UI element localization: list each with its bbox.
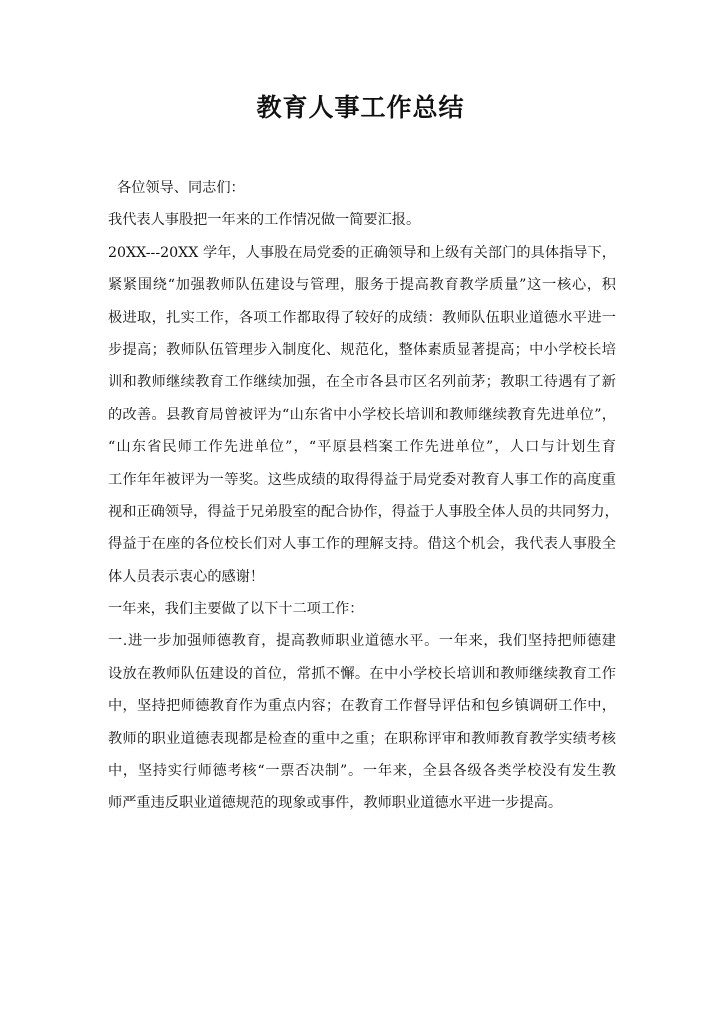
paragraph-line: 体人员表示衷心的感谢！ (108, 561, 616, 593)
document-page: 教育人事工作总结 各位领导、同志们： 我代表人事股把一年来的工作情况做一简要汇报… (0, 0, 721, 1020)
paragraph-line: 得益于在座的各位校长们对人事工作的理解支持。借这个机会，我代表人事股全 (108, 528, 616, 560)
salutation-line: 各位领导、同志们： (108, 172, 616, 204)
paragraph-line: 20XX---20XX 学年，人事股在局党委的正确领导和上级有关部门的具体指导下… (108, 237, 616, 269)
document-title: 教育人事工作总结 (0, 88, 721, 124)
section-one-line: 一.进一步加强师德教育，提高教师职业道德水平。一年来，我们坚持把师德建 (108, 625, 616, 657)
section-one-line: 设放在教师队伍建设的首位，常抓不懈。在中小学校长培训和教师继续教育工作 (108, 658, 616, 690)
paragraph-line: 步提高；教师队伍管理步入制度化、规范化，整体素质显著提高；中小学校长培 (108, 334, 616, 366)
section-one-line: 中，坚持实行师德考核“一票否决制”。一年来，全县各级各类学校没有发生教 (108, 755, 616, 787)
paragraph-line: 紧紧围绕“加强教师队伍建设与管理，服务于提高教育教学质量”这一核心，积 (108, 269, 616, 301)
paragraph-line: 训和教师继续教育工作继续加强，在全市各县市区名列前茅；教职工待遇有了新 (108, 366, 616, 398)
document-body: 各位领导、同志们： 我代表人事股把一年来的工作情况做一简要汇报。 20XX---… (108, 172, 616, 820)
section-intro-line: 一年来，我们主要做了以下十二项工作： (108, 593, 616, 625)
paragraph-line: 极进取，扎实工作，各项工作都取得了较好的成绩：教师队伍职业道德水平进一 (108, 302, 616, 334)
section-one-line: 师严重违反职业道德规范的现象或事件，教师职业道德水平进一步提高。 (108, 787, 616, 819)
section-one-line: 教师的职业道德表现都是检查的重中之重；在职称评审和教师教育教学实绩考核 (108, 723, 616, 755)
intro-line: 我代表人事股把一年来的工作情况做一简要汇报。 (108, 204, 616, 236)
paragraph-line: 的改善。县教育局曾被评为“山东省中小学校长培训和教师继续教育先进单位”， (108, 399, 616, 431)
paragraph-line: 视和正确领导，得益于兄弟股室的配合协作，得益于人事股全体人员的共同努力， (108, 496, 616, 528)
paragraph-line: 工作年年被评为一等奖。这些成绩的取得得益于局党委对教育人事工作的高度重 (108, 464, 616, 496)
section-one-line: 中，坚持把师德教育作为重点内容；在教育工作督导评估和包乡镇调研工作中， (108, 690, 616, 722)
paragraph-line: “山东省民师工作先进单位”，“平原县档案工作先进单位”，人口与计划生育 (108, 431, 616, 463)
